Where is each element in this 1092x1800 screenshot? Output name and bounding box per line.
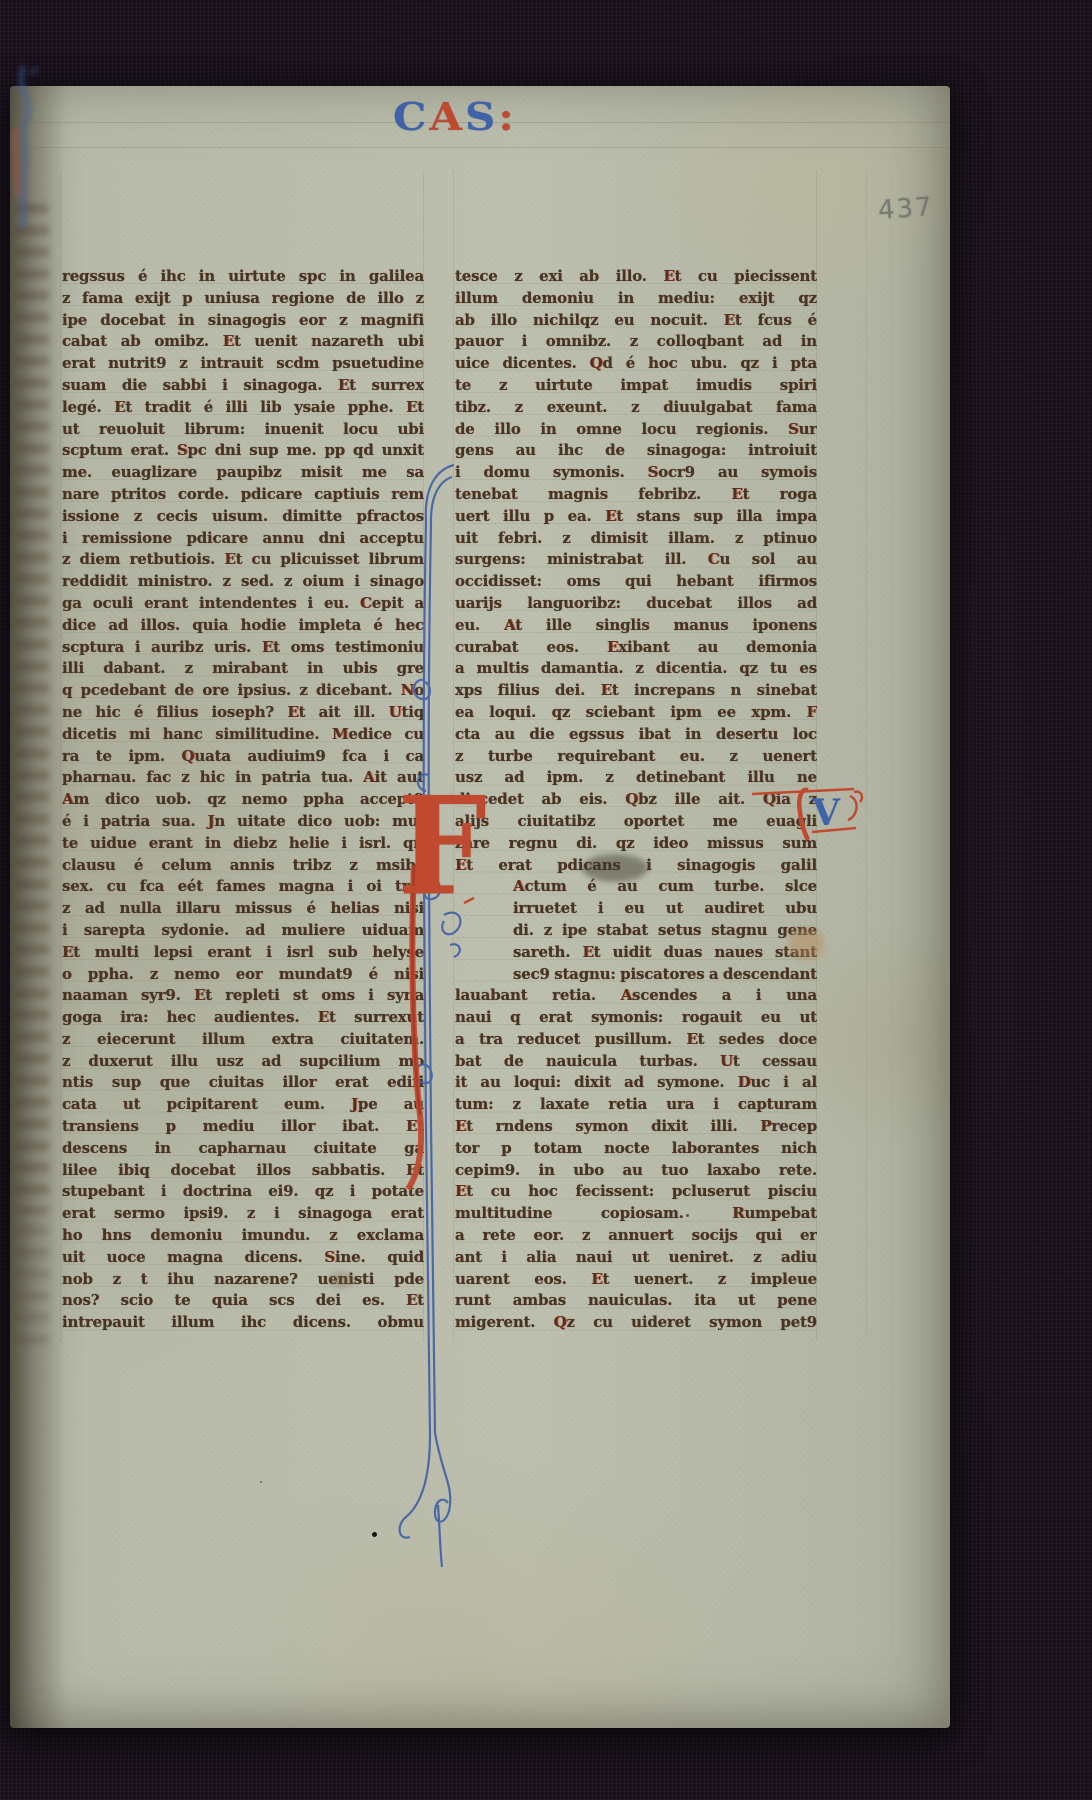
stain bbox=[328, 1272, 354, 1288]
text-line: uit uoce magna dicens. Sine. quid bbox=[62, 1247, 424, 1269]
text-line: multitudine copiosam. Rumpebat bbox=[455, 1203, 817, 1225]
text-line: illi dabant. z mirabant in ubis gre bbox=[62, 658, 424, 680]
running-title-letter: A bbox=[429, 98, 465, 137]
text-line: curabat eos. Exibant au demonia bbox=[455, 637, 817, 659]
chapter-numeral: V bbox=[811, 792, 841, 834]
text-line: uert illu p ea. Et stans sup illa impa bbox=[455, 506, 817, 528]
penwork-flourish-icon bbox=[384, 425, 476, 1575]
text-line: o ppha. z nemo eor mundat9 é nisi bbox=[62, 964, 424, 986]
text-line: gens au ihc de sinagoga: introiuit bbox=[455, 440, 817, 462]
text-line: ut reuoluit librum: inuenit locu ubi bbox=[62, 419, 424, 441]
ghost-text-underpage bbox=[15, 204, 49, 1214]
text-line: xps filius dei. Et increpans n sinebat bbox=[455, 680, 817, 702]
text-line: Et cu hoc fecissent: pcluserut pisciu bbox=[455, 1181, 817, 1203]
text-line: cata ut pcipitarent eum. Jpe au bbox=[62, 1094, 424, 1116]
text-line: irruetet i eu ut audiret ubu bbox=[455, 898, 817, 920]
text-column-left: regssus é ihc in uirtute spc in galileaz… bbox=[62, 266, 424, 1334]
text-line: scptura i auribz uris. Et oms testimoniu bbox=[62, 637, 424, 659]
text-line: stupebant i doctrina ei9. qz i potate bbox=[62, 1181, 424, 1203]
text-line: uice dicentes. Qd é hoc ubu. qz i pta bbox=[455, 353, 817, 375]
text-line: descens in capharnau ciuitate ga bbox=[62, 1138, 424, 1160]
text-line: Actum é au cum turbe. slce bbox=[455, 876, 817, 898]
text-line: z eiecerunt illum extra ciuitatem. bbox=[62, 1029, 424, 1051]
text-line: Am dico uob. qz nemo ppha accept9 bbox=[62, 789, 424, 811]
chapter-number-marker: V bbox=[750, 784, 866, 848]
text-line: reddidit ministro. z sed. z oium i sinag… bbox=[62, 571, 424, 593]
text-line: uarent eos. Et uenert. z impleue bbox=[455, 1269, 817, 1291]
text-line: tor p totam nocte laborantes nich bbox=[455, 1138, 817, 1160]
text-line: tum: z laxate retia ura i capturam bbox=[455, 1094, 817, 1116]
ink-speck bbox=[260, 1481, 262, 1483]
text-line: i remissione pdicare annu dni acceptu bbox=[62, 528, 424, 550]
previous-page-flourish-icon bbox=[4, 58, 48, 238]
text-line: tenebat magnis febribz. Et roga bbox=[455, 484, 817, 506]
text-line: legé. Et tradit é illi lib ysaie pphe. E… bbox=[62, 397, 424, 419]
text-line: scptum erat. Spc dni sup me. pp qd unxit bbox=[62, 440, 424, 462]
photo-background: { "running_title": { "letters": [ {"char… bbox=[0, 0, 1092, 1800]
text-line: me. euaglizare paupibz misit me sa bbox=[62, 462, 424, 484]
manuscript-page: CAS: 437 regssus é ihc in uirtute spc in… bbox=[10, 86, 950, 1728]
text-line: dicetis mi hanc similitudine. Medice cu bbox=[62, 724, 424, 746]
text-line: ipe docebat in sinagogis eor z magnifi bbox=[62, 310, 424, 332]
running-title-letter: : bbox=[498, 98, 517, 137]
text-line: illum demoniu in mediu: exijt qz bbox=[455, 288, 817, 310]
text-line: ea loqui. qz sciebant ipm ee xpm. F bbox=[455, 702, 817, 724]
ink-speck bbox=[686, 1214, 689, 1217]
text-line: te z uirtute impat imudis spiri bbox=[455, 375, 817, 397]
text-line: nare ptritos corde. pdicare captiuis rem bbox=[62, 484, 424, 506]
text-line: z turbe requirebant eu. z uenert bbox=[455, 746, 817, 768]
text-line: nob z t ihu nazarene? uenisti pde bbox=[62, 1269, 424, 1291]
text-line: é i patria sua. Jn uitate dico uob: mul bbox=[62, 811, 424, 833]
text-line: eu. At ille singlis manus iponens bbox=[455, 615, 817, 637]
text-line: lilee ibiq docebat illos sabbatis. Et bbox=[62, 1160, 424, 1182]
text-line: ab illo nichilqz eu nocuit. Et fcus é bbox=[455, 310, 817, 332]
text-line: tibz. z exeunt. z diuulgabat fama bbox=[455, 397, 817, 419]
folio-number: 437 bbox=[877, 192, 935, 226]
stain bbox=[788, 928, 824, 960]
text-line: runt ambas nauiculas. ita ut pene bbox=[455, 1290, 817, 1312]
text-line: sec9 stagnu: piscatores a descendant bbox=[455, 964, 817, 986]
text-line: ra te ipm. Quata audiuim9 fca i ca bbox=[62, 746, 424, 768]
text-line: i domu symonis. Socr9 au symois bbox=[455, 462, 817, 484]
text-line: goga ira: hec audientes. Et surrexut bbox=[62, 1007, 424, 1029]
text-line: a tra reducet pusillum. Et sedes doce bbox=[455, 1029, 817, 1051]
text-line: pauor i omnibz. z colloqbant ad in bbox=[455, 331, 817, 353]
stain bbox=[582, 854, 648, 882]
text-line: ntis sup que ciuitas illor erat edifi bbox=[62, 1072, 424, 1094]
text-line: nos? scio te quia scs dei es. Et bbox=[62, 1290, 424, 1312]
ink-speck bbox=[372, 1532, 377, 1537]
ghost-text-underpage-lower bbox=[15, 1226, 49, 1346]
text-line: ne hic é filius ioseph? Et ait ill. Utiq bbox=[62, 702, 424, 724]
text-line: di. z ipe stabat setus stagnu gene bbox=[455, 920, 817, 942]
text-line: te uidue erant in diebz helie i isrl. qn bbox=[62, 833, 424, 855]
text-line: uarijs languoribz: ducebat illos ad bbox=[455, 593, 817, 615]
text-line: dice ad illos. quia hodie impleta é hec bbox=[62, 615, 424, 637]
text-line: erat sermo ipsi9. z i sinagoga erat bbox=[62, 1203, 424, 1225]
text-line: suam die sabbi i sinagoga. Et surrex bbox=[62, 375, 424, 397]
running-title-letter: S bbox=[465, 98, 498, 137]
text-line: cepim9. in ubo au tuo laxabo rete. bbox=[455, 1160, 817, 1182]
gutter-shadow bbox=[10, 86, 66, 1728]
text-line: q pcedebant de ore ipsius. z dicebant. N… bbox=[62, 680, 424, 702]
text-line: regssus é ihc in uirtute spc in galilea bbox=[62, 266, 424, 288]
text-line: cta au die egssus ibat in desertu loc bbox=[455, 724, 817, 746]
text-line: bat de nauicula turbas. Ut cessau bbox=[455, 1051, 817, 1073]
text-line: issione z cecis uisum. dimitte pfractos bbox=[62, 506, 424, 528]
text-line: intrepauit illum ihc dicens. obmu bbox=[62, 1312, 424, 1334]
text-line: clausu é celum annis tribz z msibz bbox=[62, 855, 424, 877]
text-line: uit febri. z dimisit illam. z ptinuo bbox=[455, 528, 817, 550]
text-line: migerent. Qz cu uideret symon pet9 bbox=[455, 1312, 817, 1334]
text-line: erat nutrit9 z intrauit scdm psuetudine bbox=[62, 353, 424, 375]
text-line: tesce z exi ab illo. Et cu piecissent bbox=[455, 266, 817, 288]
text-line: ga oculi erant intendentes i eu. Cepit a bbox=[62, 593, 424, 615]
text-line: pharnau. fac z hic in patria tua. Ait au… bbox=[62, 767, 424, 789]
text-line: z ad nulla illaru missus é helias nisi bbox=[62, 898, 424, 920]
text-line: a multis damantia. z dicentia. qz tu es bbox=[455, 658, 817, 680]
text-line: cabat ab omibz. Et uenit nazareth ubi bbox=[62, 331, 424, 353]
text-line: occidisset: oms qui hebant ifirmos bbox=[455, 571, 817, 593]
text-line: naui q erat symonis: rogauit eu ut bbox=[455, 1007, 817, 1029]
text-line: it au loqui: dixit ad symone. Duc i al bbox=[455, 1072, 817, 1094]
text-line: sareth. Et uidit duas naues stant bbox=[455, 942, 817, 964]
text-line: transiens p mediu illor ibat. Et bbox=[62, 1116, 424, 1138]
text-line: ant i alia naui ut ueniret. z adiu bbox=[455, 1247, 817, 1269]
ruling-line bbox=[866, 170, 867, 1342]
text-line: z fama exijt p uniusa regione de illo z bbox=[62, 288, 424, 310]
ruling-line bbox=[60, 170, 61, 1342]
ruling-line bbox=[10, 147, 950, 148]
text-line: z duxerut illu usz ad supcilium mo bbox=[62, 1051, 424, 1073]
text-line: i sarepta sydonie. ad muliere uiduam bbox=[62, 920, 424, 942]
text-line: naaman syr9. Et repleti st oms i syna bbox=[62, 985, 424, 1007]
text-line: lauabant retia. Ascendes a i una bbox=[455, 985, 817, 1007]
chapter-initial: F bbox=[398, 780, 488, 915]
text-line: ho hns demoniu imundu. z exclama bbox=[62, 1225, 424, 1247]
text-line: z diem retbutiois. Et cu plicuisset libr… bbox=[62, 549, 424, 571]
text-line: a rete eor. z annuert socijs qui er bbox=[455, 1225, 817, 1247]
running-title: CAS: bbox=[393, 96, 553, 138]
running-title-letter: C bbox=[393, 98, 429, 137]
text-line: de illo in omne locu regionis. Sur bbox=[455, 419, 817, 441]
text-line: sex. cu fca eét fames magna i oi tra. bbox=[62, 876, 424, 898]
text-line: Et rndens symon dixit illi. Precep bbox=[455, 1116, 817, 1138]
text-line: surgens: ministrabat ill. Cu sol au bbox=[455, 549, 817, 571]
text-line: Et multi lepsi erant i isrl sub helyse bbox=[62, 942, 424, 964]
